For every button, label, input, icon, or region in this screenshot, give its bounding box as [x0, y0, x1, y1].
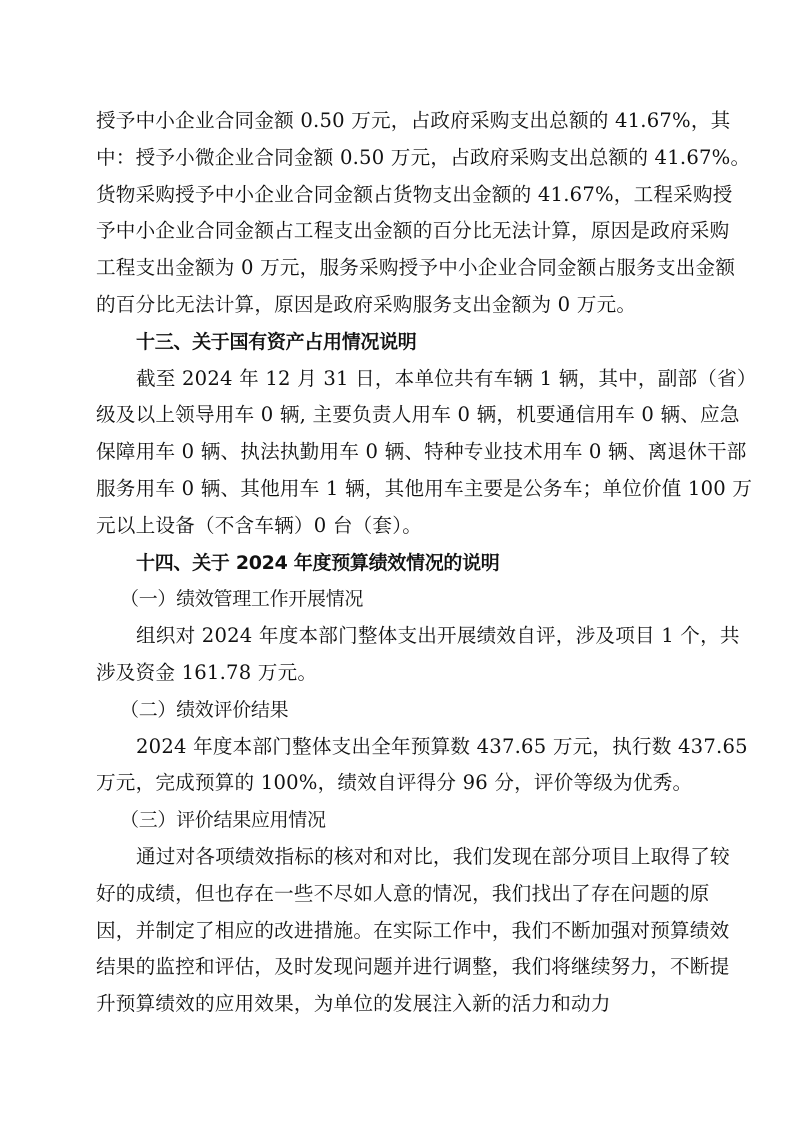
paragraph-line: 涉及资金 161.78 万元。 — [96, 655, 706, 692]
subsection-1-heading: （一）绩效管理工作开展情况 — [96, 581, 706, 618]
paragraph-line: 货物采购授予中小企业合同金额占货物支出金额的 41.67%，工程采购授 — [96, 177, 706, 214]
section-13-paragraph: 截至 2024 年 12 月 31 日，本单位共有车辆 1 辆，其中，副部（省）… — [96, 361, 706, 545]
paragraph-line: 组织对 2024 年度本部门整体支出开展绩效自评，涉及项目 1 个，共 — [96, 618, 706, 655]
subsection-2-heading: （二）绩效评价结果 — [96, 692, 706, 729]
paragraph-line: 的百分比无法计算，原因是政府采购服务支出金额为 0 万元。 — [96, 287, 706, 324]
paragraph-line: 工程支出金额为 0 万元，服务采购授予中小企业合同金额占服务支出金额 — [96, 250, 706, 287]
paragraph-line: 截至 2024 年 12 月 31 日，本单位共有车辆 1 辆，其中，副部（省） — [96, 361, 706, 398]
paragraph-line: 好的成绩，但也存在一些不尽如人意的情况，我们找出了存在问题的原 — [96, 876, 706, 913]
paragraph-line: 中：授予小微企业合同金额 0.50 万元，占政府采购支出总额的 41.67%。 — [96, 140, 706, 177]
paragraph-line: 元以上设备（不含车辆）0 台（套）。 — [96, 508, 706, 545]
subsection-3-heading: （三）评价结果应用情况 — [96, 802, 706, 839]
paragraph-line: 结果的监控和评估，及时发现问题并进行调整，我们将继续努力，不断提 — [96, 949, 706, 986]
paragraph-line: 授予中小企业合同金额 0.50 万元，占政府采购支出总额的 41.67%，其 — [96, 103, 706, 140]
paragraph-line: 服务用车 0 辆、其他用车 1 辆，其他用车主要是公务车；单位价值 100 万 — [96, 471, 706, 508]
subsection-1-paragraph: 组织对 2024 年度本部门整体支出开展绩效自评，涉及项目 1 个，共 涉及资金… — [96, 618, 706, 692]
paragraph-line: 升预算绩效的应用效果，为单位的发展注入新的活力和动力 — [96, 986, 706, 1023]
paragraph-line: 予中小企业合同金额占工程支出金额的百分比无法计算，原因是政府采购 — [96, 213, 706, 250]
paragraph-line: 通过对各项绩效指标的核对和对比，我们发现在部分项目上取得了较 — [96, 839, 706, 876]
subsection-2-paragraph: 2024 年度本部门整体支出全年预算数 437.65 万元，执行数 437.65… — [96, 729, 706, 803]
document-page: 授予中小企业合同金额 0.50 万元，占政府采购支出总额的 41.67%，其 中… — [96, 103, 706, 1023]
paragraph-line: 2024 年度本部门整体支出全年预算数 437.65 万元，执行数 437.65 — [96, 729, 706, 766]
procurement-paragraph: 授予中小企业合同金额 0.50 万元，占政府采购支出总额的 41.67%，其 中… — [96, 103, 706, 324]
paragraph-line: 万元，完成预算的 100%，绩效自评得分 96 分，评价等级为优秀。 — [96, 765, 706, 802]
paragraph-line: 保障用车 0 辆、执法执勤用车 0 辆、特种专业技术用车 0 辆、离退休干部 — [96, 434, 706, 471]
subsection-3-paragraph: 通过对各项绩效指标的核对和对比，我们发现在部分项目上取得了较 好的成绩，但也存在… — [96, 839, 706, 1023]
section-14-heading: 十四、关于 2024 年度预算绩效情况的说明 — [96, 545, 706, 582]
paragraph-line: 因，并制定了相应的改进措施。在实际工作中，我们不断加强对预算绩效 — [96, 913, 706, 950]
paragraph-line: 级及以上领导用车 0 辆, 主要负责人用车 0 辆，机要通信用车 0 辆、应急 — [96, 397, 706, 434]
section-13-heading: 十三、关于国有资产占用情况说明 — [96, 324, 706, 361]
